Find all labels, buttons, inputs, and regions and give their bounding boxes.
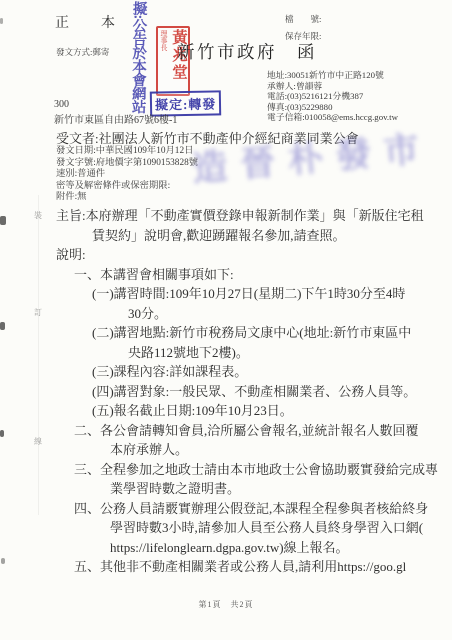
attachment-note: 附件:無 [56,192,198,204]
binding-mark: 裝 [34,210,42,221]
contact-address: 地址:30051新竹市中正路120號 [267,70,398,81]
delivery-method-label: 發文方式:郵寄 [56,46,109,58]
doc-date: 發文日期:中華民國109年10月12日 [56,146,198,158]
contact-block: 地址:30051新竹市中正路120號 承辦人:曾韻蓉 電話:(03)521612… [267,70,398,123]
security-class: 密等及解密條件或保密期限: [56,181,198,193]
document-meta: 發文日期:中華民國109年10月12日 發文字號:府地價字第1090153828… [56,146,198,204]
body-line: 一、本講習會相關事項如下: [74,265,438,285]
contact-phone: 電話:(03)5216121分機387 [267,91,398,102]
scan-artifact [0,322,5,330]
subject-line: 主旨:本府辦理「不動產實價登錄申報新制作業」與「新版住宅租 [56,206,438,226]
body-line: 說明: [56,245,438,265]
body-line: 央路112號地下2樓)。 [128,343,438,363]
body-line: (二)講習地點:新竹市稅務局文康中心(地址:新竹市東區中 [92,323,438,343]
contact-email: 電子信箱:010058@ems.hccg.gov.tw [267,112,398,123]
body-line: 三、全程參加之地政士請由本市地政士公會協助覈實發給完成專 [74,460,438,480]
body-line: https://lifelonglearn.dgpa.gov.tw)線上報名。 [110,538,438,558]
file-number-label: 檔 號: [285,13,321,25]
body-line: 30分。 [128,304,438,324]
body-line: 五、其他非不動產相關業者或公務人員,請利用https://goo.gl [74,557,438,577]
scan-artifact [0,216,6,225]
body-line: 業學習時數之證明書。 [110,479,438,499]
copy-type-label: 正 本 [55,12,124,32]
speed-class: 速別:普通件 [56,169,198,181]
retention-period-label: 保存年限: [285,30,321,42]
scan-artifact [0,430,4,437]
document-title: 新竹市政府 函 [177,39,317,64]
recipient-zip: 300 [54,99,69,110]
doc-number: 發文字號:府地價字第1090153828號 [56,158,198,170]
subject-line: 賃契約」說明會,歡迎踴躍報名參加,請查照。 [92,226,438,246]
body-line: (五)報名截止日期:109年10月23日。 [92,401,438,421]
letter-body: 主旨:本府辦理「不動產實價登錄申報新制作業」與「新版住宅租 賃契約」說明會,歡迎… [56,206,438,577]
binding-fold-line [38,195,39,515]
body-line: (一)講習時間:109年10月27日(星期二)下午1時30分至4時 [92,284,438,304]
contact-person: 承辦人:曾韻蓉 [267,81,398,92]
document-page: 正 本 發文方式:郵寄 擬:公告於本會網站 理事長 黃兆堂 擬定:轉發 新竹市政… [0,0,452,640]
scan-artifact [0,18,3,24]
recipient-street: 新竹市東區自由路67號6樓-1 [54,111,177,126]
body-line: 學習時數3小時,請參加人員至公務人員終身學習入口網( [110,518,438,538]
body-line: 四、公務人員請覈實辦理公假登記,本課程全程參與者核給終身 [74,499,438,519]
body-line: (三)課程內容:詳如課程表。 [92,362,438,382]
body-line: (四)講習對象:一般民眾、不動產相關業者、公務人員等。 [92,382,438,402]
chairman-stamp-title: 理事長 [158,28,168,94]
scan-artifact [1,558,5,564]
binding-mark: 訂 [34,307,42,318]
contact-fax: 傳真:(03)5229880 [267,102,398,113]
body-line: 本府承辦人。 [110,440,438,460]
page-footer: 第1頁 共2頁 [0,599,452,610]
binding-mark: 線 [34,436,42,447]
body-line: 二、各公會請轉知會員,洽所屬公會報名,並統計報名人數回覆 [74,421,438,441]
